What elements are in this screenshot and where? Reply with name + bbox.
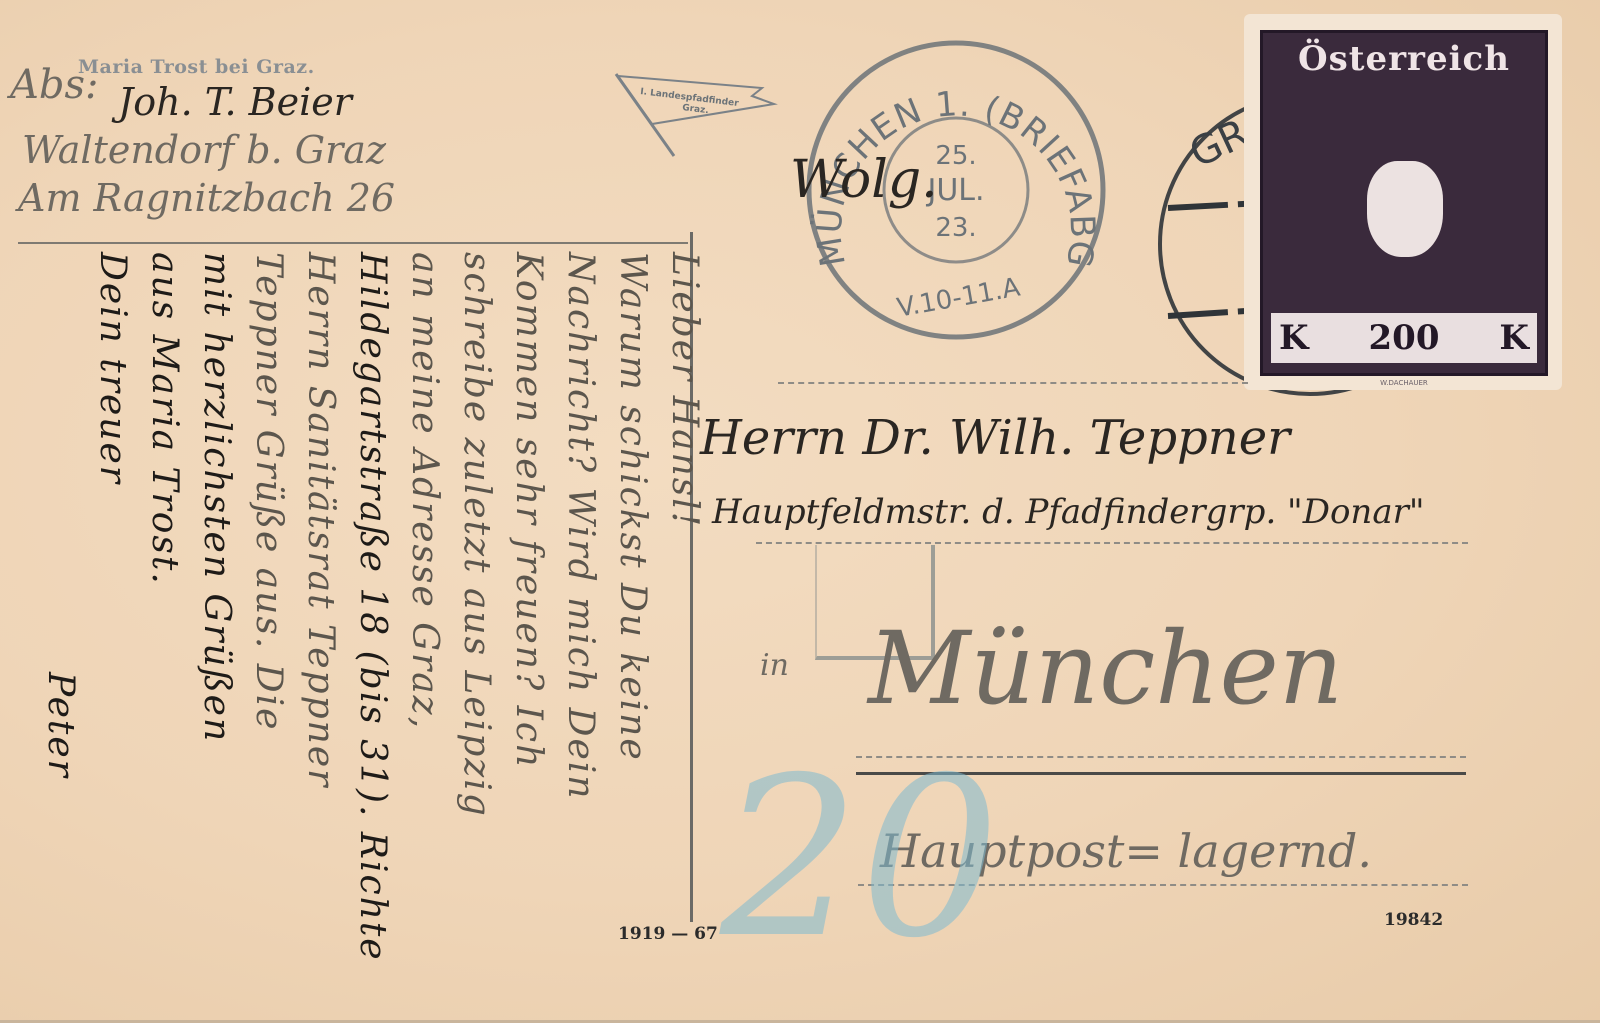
- postage-stamp: Österreich K 200 K W.DACHAUER: [1244, 14, 1562, 390]
- forwarding-note: Wolg.: [790, 150, 938, 210]
- postmark-date-day: 25.: [935, 141, 976, 171]
- message-line: Herrn Sanitätsrat Teppner: [300, 252, 341, 788]
- address-line-1: [778, 382, 1248, 384]
- sender-address-line1: Waltendorf b. Graz: [22, 128, 386, 172]
- printed-title: Maria Trost bei Graz.: [78, 56, 315, 78]
- message-signature: Peter: [40, 672, 81, 779]
- recipient-name: Herrn Dr. Wilh. Teppner: [700, 410, 1290, 466]
- sender-name: Joh. T. Beier: [118, 80, 352, 124]
- postmark-date-year: 23.: [935, 213, 976, 243]
- print-code-right: 19842: [1384, 910, 1443, 930]
- stamp-portrait-icon: [1367, 161, 1443, 257]
- recipient-in-label: in: [760, 648, 789, 683]
- message-line: Nachricht? Wird mich Dein: [560, 252, 601, 800]
- message-line: Dein treuer: [92, 252, 133, 485]
- message-line: schreibe zuletzt aus Leipzig: [456, 252, 497, 818]
- message-line: an meine Adresse Graz,: [404, 252, 445, 730]
- recipient-title: Hauptfeldmstr. d. Pfadfindergrp. "Donar": [712, 492, 1425, 532]
- message-block: Lieber Hansl! Warum schickst Du keine Na…: [25, 252, 705, 962]
- message-line: mit herzlichsten Grüßen: [196, 252, 237, 743]
- stamp-currency-left: K: [1279, 318, 1309, 358]
- message-line: Kommen sehr freuen? Ich: [508, 252, 549, 769]
- postcard: Maria Trost bei Graz. Abs: Joh. T. Beier…: [0, 0, 1600, 1023]
- stamp-value: 200: [1369, 318, 1440, 358]
- blue-crayon-mark: 20: [720, 730, 1000, 986]
- message-greeting: Lieber Hansl!: [664, 252, 705, 528]
- recipient-city: München: [868, 610, 1343, 727]
- address-line-2: [756, 542, 1468, 544]
- sender-address-line2: Am Ragnitzbach 26: [18, 176, 395, 220]
- horizontal-divider: [18, 242, 688, 244]
- postmark-time: V.10-11.A: [895, 273, 1023, 324]
- flag-cachet-line2: Graz.: [682, 103, 710, 116]
- print-code-left: 1919 — 67: [618, 924, 718, 944]
- message-line: aus Maria Trost.: [144, 252, 185, 586]
- message-line: Warum schickst Du keine: [612, 252, 653, 762]
- message-line: Teppner Grüße aus. Die: [248, 252, 289, 731]
- stamp-currency-right: K: [1499, 318, 1529, 358]
- stamp-country: Österreich: [1263, 39, 1545, 79]
- message-line: Hildegartstraße 18 (bis 31). Richte: [352, 252, 393, 962]
- stamp-designer: W.DACHAUER: [1263, 379, 1545, 387]
- flag-cachet: I. Landespfadfinder Graz.: [612, 70, 782, 164]
- flag-icon: I. Landespfadfinder Graz.: [612, 70, 782, 160]
- sender-label: Abs:: [10, 62, 99, 108]
